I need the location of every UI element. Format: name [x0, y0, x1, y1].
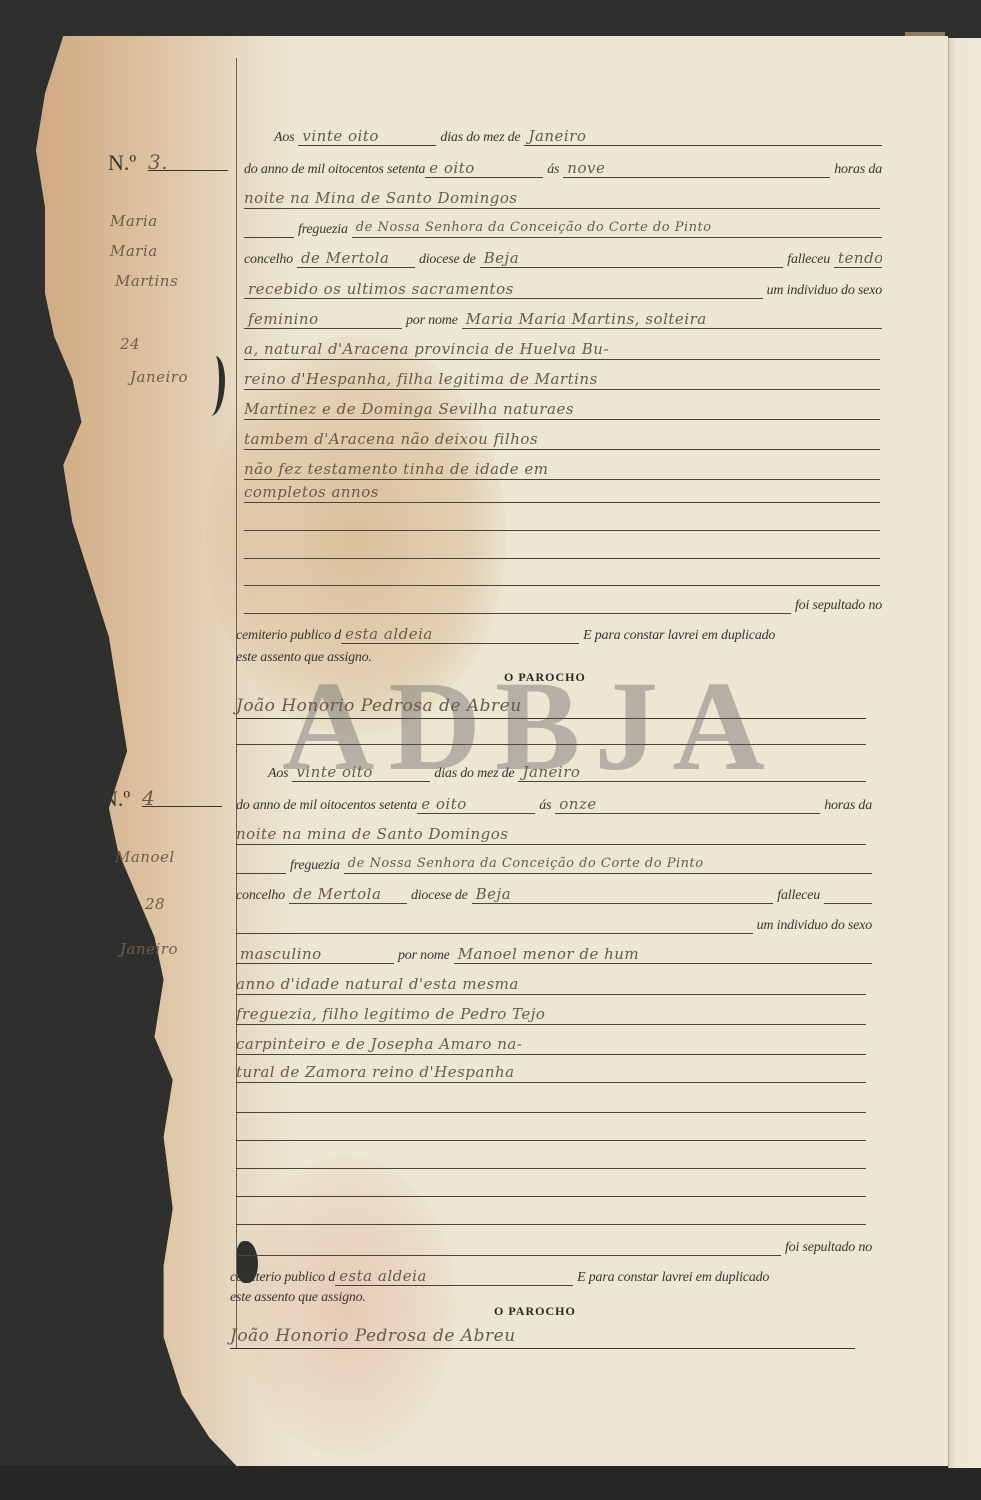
row-sepultado: foi sepultado no: [236, 1236, 872, 1256]
field-year: e oito: [417, 795, 535, 814]
field-hour: nove: [563, 159, 830, 178]
row-concelho: concelho de Mertola diocese de Beja fall…: [244, 248, 882, 268]
field-hour: onze: [555, 795, 820, 814]
assento-text: este assento que assigno.: [230, 1290, 366, 1306]
parocho-heading: O PAROCHO: [494, 1304, 576, 1319]
blank-line: [236, 1120, 866, 1141]
blank-line: [244, 510, 880, 531]
entry-number-label: N.º: [102, 786, 130, 812]
row-sexo: um individuo do sexo: [236, 914, 872, 934]
blank-line: [236, 1148, 866, 1169]
blank-line: [236, 1204, 866, 1225]
row-year: do anno de mil oitocentos setenta e oito…: [236, 794, 872, 814]
field-sexo: masculino: [236, 945, 394, 964]
row-concelho: concelho de Mertola diocese de Beja fall…: [236, 884, 872, 904]
field-day: vinte oito: [292, 763, 430, 782]
next-page-edge: [948, 38, 981, 1468]
row-nome: masculino por nome Manoel menor de hum: [236, 944, 872, 964]
field-freguezia: de Nossa Senhora da Conceição do Corte d…: [352, 219, 882, 238]
row-date: Aos vinte oito dias do mez de Janeiro: [274, 126, 882, 146]
field-diocese: Beja: [480, 249, 784, 268]
field-nome: Maria Maria Martins, solteira: [462, 310, 882, 329]
row-sepultado: foi sepultado no: [244, 594, 882, 614]
row-year: do anno de mil oitocentos setenta e oito…: [244, 158, 882, 178]
row-sexo: recebido os ultimos sacramentos um indiv…: [244, 279, 882, 299]
row-freguezia: freguezia de Nossa Senhora da Conceição …: [236, 854, 872, 874]
body-line: reino d'Hespanha, filha legitima de Mart…: [244, 369, 880, 390]
body-line: não fez testamento tinha de idade em: [244, 459, 880, 480]
body-line: anno d'idade natural d'esta mesma: [236, 974, 866, 995]
blank-line: [236, 1092, 866, 1113]
row-cemiterio: cemiterio publico d esta aldeia E para c…: [230, 1266, 872, 1286]
body-line: a, natural d'Aracena provincia de Huelva…: [244, 339, 880, 360]
field-sexo: feminino: [244, 310, 402, 329]
water-stain: [236, 1156, 456, 1456]
field-month: Janeiro: [524, 127, 882, 146]
body-line: carpinteiro e de Josepha Amaro na-: [236, 1034, 866, 1055]
field-cemiterio: esta aldeia: [335, 1267, 573, 1286]
entry-number-label: N.º: [108, 150, 136, 176]
entry-number: 4: [142, 786, 222, 807]
field-cemiterio: esta aldeia: [341, 625, 579, 644]
row-cemiterio: cemiterio publico d esta aldeia E para c…: [236, 624, 882, 644]
field-place: noite na Mina de Santo Domingos: [244, 188, 880, 209]
field-sacramentos: [236, 915, 753, 934]
field-place: noite na mina de Santo Domingos: [236, 824, 866, 845]
body-line: completos annos: [244, 482, 880, 503]
blank-line: [244, 538, 880, 559]
blank-line: [244, 565, 880, 586]
row-freguezia: freguezia de Nossa Senhora da Conceição …: [244, 218, 882, 238]
signature: João Honorio Pedrosa de Abreu: [230, 1324, 855, 1349]
field-day: vinte oito: [298, 127, 436, 146]
field-freguezia: de Nossa Senhora da Conceição do Corte d…: [344, 855, 872, 874]
field-sacramentos: recebido os ultimos sacramentos: [244, 280, 763, 299]
body-line: tural de Zamora reino d'Hespanha: [236, 1062, 866, 1083]
body-line: freguezia, filho legitimo de Pedro Tejo: [236, 1004, 866, 1025]
scan-bottom-strip: [0, 1465, 981, 1500]
field-year: e oito: [425, 159, 543, 178]
body-line: tambem d'Aracena não deixou filhos: [244, 429, 880, 450]
field-concelho: de Mertola: [289, 885, 407, 904]
field-diocese: Beja: [472, 885, 774, 904]
row-nome: feminino por nome Maria Maria Martins, s…: [244, 309, 882, 329]
body-line: Martinez e de Dominga Sevilha naturaes: [244, 399, 880, 420]
row-date: Aos vinte oito dias do mez de Janeiro: [268, 762, 866, 782]
blank-line: [236, 1176, 866, 1197]
entry-number: 3.: [148, 150, 228, 171]
field-month: Janeiro: [518, 763, 866, 782]
field-nome: Manoel menor de hum: [454, 945, 872, 964]
field-concelho: de Mertola: [297, 249, 415, 268]
